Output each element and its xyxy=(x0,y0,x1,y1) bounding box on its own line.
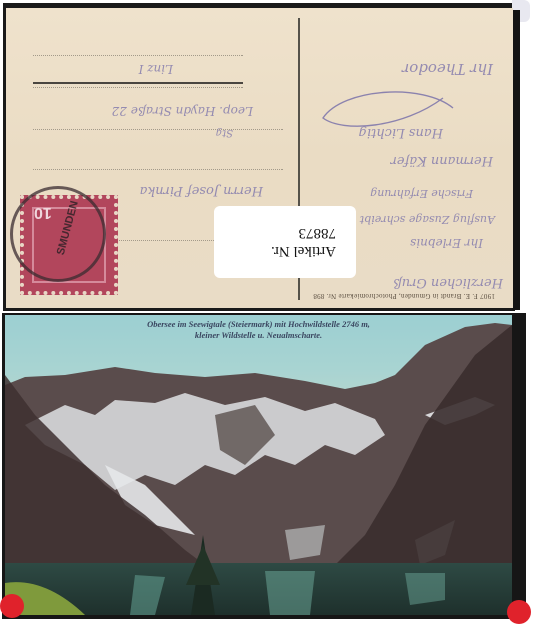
article-label-title: Artikel Nr. xyxy=(214,242,336,260)
message-handwriting: Hermann Käfer xyxy=(391,153,493,168)
message-handwriting: Frische Erfahrung xyxy=(370,187,473,200)
postcard-front-photo: Obersee im Seewigtale (Steiermark) mit H… xyxy=(5,315,512,615)
red-marker-dot xyxy=(507,600,531,624)
address-handwriting: Leop. Haydn Straße 22 xyxy=(112,104,253,118)
message-handwriting: Herzlichen Gruß xyxy=(393,275,503,290)
red-marker-dot xyxy=(0,594,24,618)
signature-flourish xyxy=(313,78,463,138)
article-number-label: Artikel Nr. 78873 xyxy=(214,206,356,278)
photo-caption: Obersee im Seewigtale (Steiermark) mit H… xyxy=(5,319,512,341)
message-handwriting: Ihr Theodor xyxy=(402,60,493,78)
address-handwriting: Linz I xyxy=(139,62,173,76)
mountain-landscape xyxy=(5,315,512,615)
caption-line-1: Obersee im Seewigtale (Steiermark) mit H… xyxy=(5,319,512,330)
message-handwriting: Ausflug Zusage schreibt xyxy=(360,213,495,226)
address-handwriting: Stg xyxy=(216,127,233,138)
address-line xyxy=(33,87,243,88)
address-rule xyxy=(33,82,243,84)
message-handwriting: Ihr Erlebnis xyxy=(410,236,483,250)
postcard-back-edge xyxy=(512,10,520,310)
postmark-circle xyxy=(10,186,106,282)
address-line xyxy=(33,169,283,170)
publisher-line: 1907 F. E. Brandt in Gmunden, Photochrom… xyxy=(313,292,495,300)
caption-line-2: kleiner Wildstelle u. Neualmscharte. xyxy=(5,330,512,341)
address-line xyxy=(33,129,283,130)
address-handwriting: Herrn Josef Pirnka xyxy=(140,183,263,198)
article-label-text: Artikel Nr. 78873 xyxy=(214,206,356,278)
address-line xyxy=(33,55,243,56)
article-label-number: 78873 xyxy=(214,224,336,242)
postcard-back: 1907 F. E. Brandt in Gmunden, Photochrom… xyxy=(6,8,513,308)
